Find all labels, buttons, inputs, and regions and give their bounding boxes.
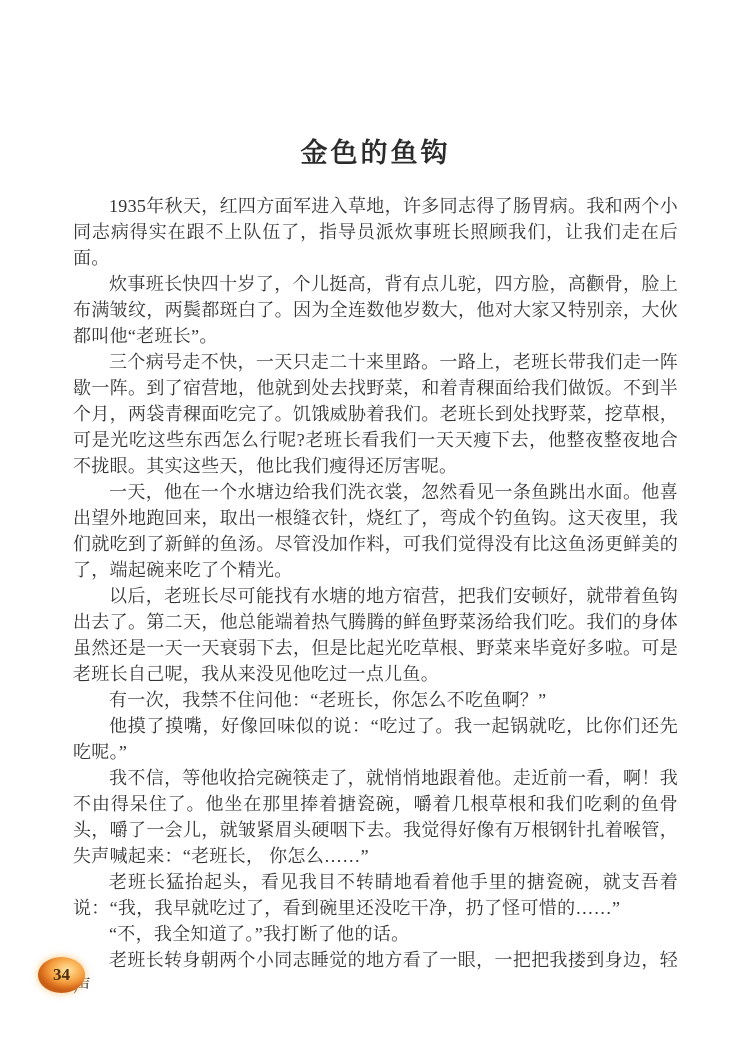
paragraph: 他摸了摸嘴，好像回味似的说：“吃过了。我一起锅就吃，比你们还先吃呢。” bbox=[73, 713, 678, 765]
page-number: 34 bbox=[53, 965, 70, 985]
paragraph: 老班长猛抬起头，看见我目不转睛地看着他手里的搪瓷碗，就支吾着说：“我，我早就吃过… bbox=[73, 869, 678, 921]
paragraph: 以后，老班长尽可能找有水塘的地方宿营，把我们安顿好，就带着鱼钩出去了。第二天，他… bbox=[73, 583, 678, 687]
textbook-page: 金色的鱼钩 1935年秋天，红四方面军进入草地，许多同志得了肠胃病。我和两个小同… bbox=[0, 0, 748, 1047]
paragraph: 1935年秋天，红四方面军进入草地，许多同志得了肠胃病。我和两个小同志病得实在跟… bbox=[73, 193, 678, 271]
paragraph: 炊事班长快四十岁了，个儿挺高，背有点儿驼，四方脸，高颧骨，脸上布满皱纹，两鬓都斑… bbox=[73, 271, 678, 349]
paragraph: “不，我全知道了。”我打断了他的话。 bbox=[73, 921, 678, 947]
page-number-badge: 34 bbox=[38, 957, 85, 993]
story-content: 金色的鱼钩 1935年秋天，红四方面军进入草地，许多同志得了肠胃病。我和两个小同… bbox=[73, 131, 678, 999]
page-title: 金色的鱼钩 bbox=[73, 131, 678, 170]
paragraph: 一天，他在一个水塘边给我们洗衣裳，忽然看见一条鱼跳出水面。他喜出望外地跑回来，取… bbox=[73, 479, 678, 583]
paragraph: 三个病号走不快，一天只走二十来里路。一路上，老班长带我们走一阵歇一阵。到了宿营地… bbox=[73, 349, 678, 479]
paragraph: 我不信，等他收拾完碗筷走了，就悄悄地跟着他。走近前一看，啊！我不由得呆住了。他坐… bbox=[73, 765, 678, 869]
paragraph: 老班长转身朝两个小同志睡觉的地方看了一眼，一把把我搂到身边，轻声 bbox=[73, 947, 678, 999]
paragraph: 有一次，我禁不住问他：“老班长，你怎么不吃鱼啊？” bbox=[73, 687, 678, 713]
